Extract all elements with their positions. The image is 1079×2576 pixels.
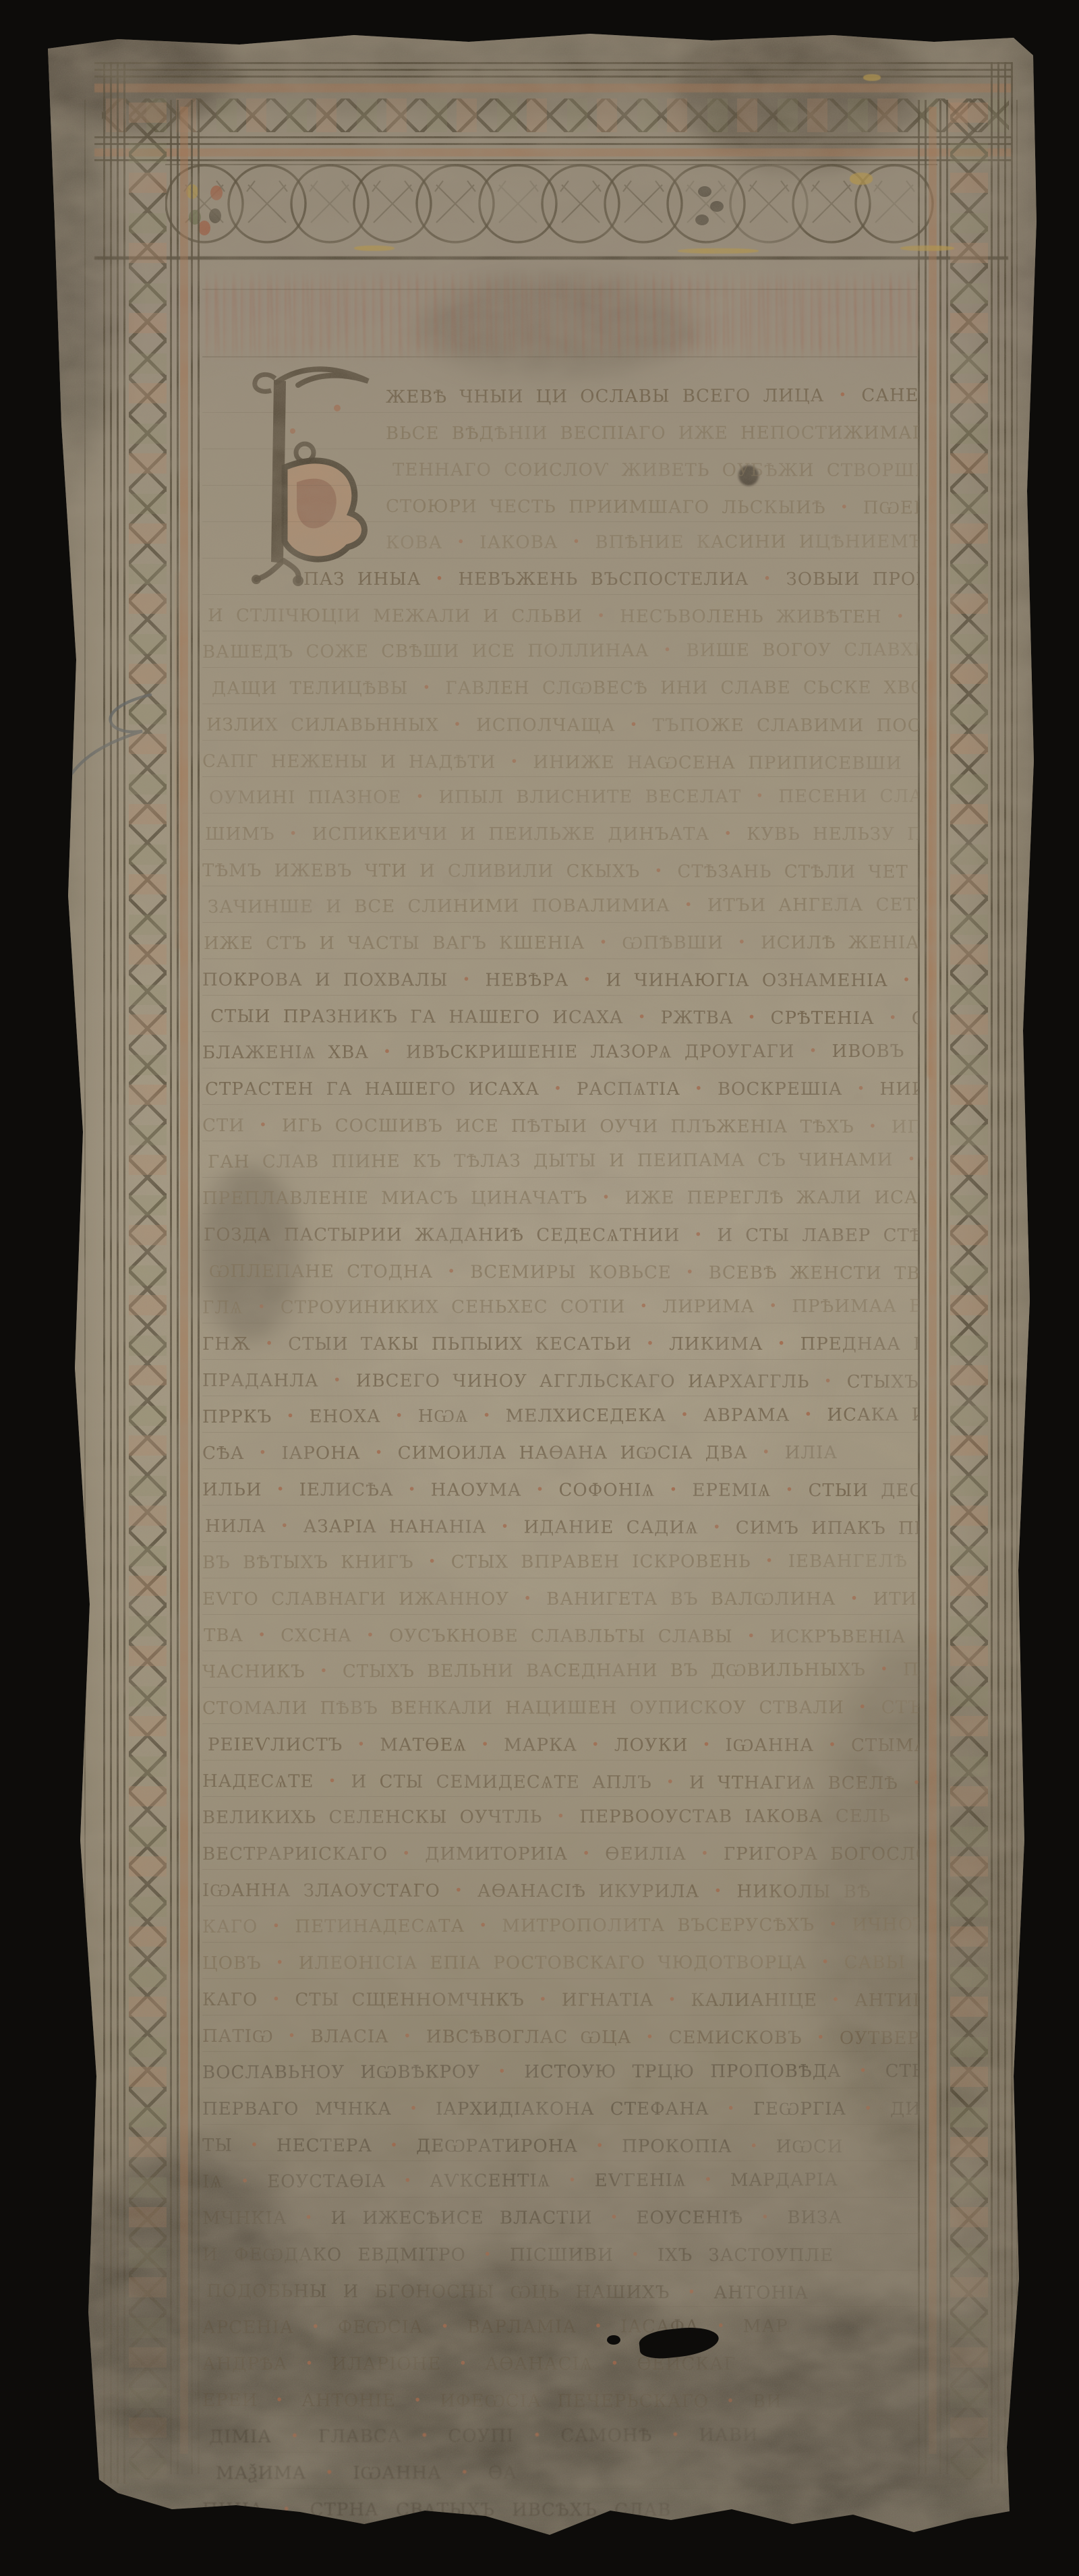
red-dot-separator: •: [270, 1991, 283, 2007]
manuscript-line: НАДЕСѦТЕ • И СТЫ СЕМИДЕСѦТЕ АПЛЪ • И ЧТН…: [202, 1771, 918, 1794]
red-dot-separator: •: [906, 1151, 918, 1167]
gold-leaf-fleck: [900, 246, 954, 251]
faded-rubric-ghost: [202, 270, 918, 362]
red-dot-separator: •: [628, 717, 641, 733]
manuscript-line: ТВА • СХСНА • ОУСЪКНОВЕ СЛАВЛЬТЫ СЛАВЫ •…: [204, 1626, 918, 1648]
red-dot-separator: •: [496, 2063, 508, 2079]
red-dot-separator: •: [715, 2318, 728, 2333]
top-ochre-stripe-2: [94, 148, 1012, 156]
red-dot-separator: •: [303, 2210, 316, 2225]
red-dot-separator: •: [279, 1518, 291, 1533]
manuscript-line: ПЕРВАГО МЧНКА • ІАРХИДІАКОНА СТЕФАНА • Г…: [202, 2099, 918, 2119]
top-ruled-lines-inner: [94, 136, 1012, 145]
rubric-rule-top: [202, 289, 917, 290]
photo-background: ЖЕВѢ ЧНЫИ ЦИ ОСЛАВЫ ВСЕГО ЛИЦА • САНЕПРА…: [0, 0, 1079, 2576]
top-ochre-stripe-1: [94, 84, 1012, 92]
red-dot-separator: •: [401, 2028, 414, 2044]
edge-notch: [49, 735, 68, 776]
red-dot-separator: •: [662, 642, 674, 658]
red-dot-separator: •: [402, 2173, 415, 2188]
gold-leaf-fleck: [863, 74, 881, 81]
red-dot-separator: •: [829, 1992, 842, 2007]
red-dot-separator: •: [682, 897, 695, 913]
red-dot-separator: •: [364, 1628, 377, 1643]
red-dot-separator: •: [589, 1737, 602, 1752]
red-dot-separator: •: [285, 1408, 297, 1424]
red-dot-separator: •: [638, 1298, 651, 1314]
manuscript-line: ВЕЛИКИХЬ СЕЛЕНСКЫ ОУЧТЛЬ • ПЕРВООУСТАВ І…: [202, 1806, 891, 1828]
manuscript-line: И СТЛІЧЮЦІИ МЕЖАЛИ И СЛЬВИ • НЕСЪВОЛЕНЬ …: [208, 606, 918, 627]
red-dot-separator: •: [289, 2428, 301, 2444]
manuscript-line: ЗАЧИНШЕ И ВСЕ СЛИНИМИ ПОВАЛИМИА • ИТЪИ А…: [208, 894, 918, 917]
left-outer-hairline: [84, 100, 86, 2488]
red-dot-separator: •: [552, 1081, 564, 1096]
red-dot-separator: •: [411, 2393, 424, 2408]
red-dot-separator: •: [668, 1482, 680, 1497]
red-dot-separator: •: [426, 1553, 439, 1569]
red-dot-separator: •: [702, 2172, 715, 2187]
manuscript-line: ШИМЪ • ИСПИКЕИЧИ И ПЕИЛЬЖЕ ДИНЪАТА • КУВ…: [205, 824, 918, 845]
red-dot-separator: •: [595, 608, 608, 623]
red-dot-separator: •: [653, 863, 666, 878]
red-dot-separator: •: [451, 716, 464, 732]
ink-flourish: [42, 687, 157, 815]
red-dot-separator: •: [270, 1918, 283, 1934]
red-dot-separator: •: [701, 1737, 713, 1752]
red-dot-separator: •: [439, 2318, 452, 2334]
red-dot-separator: •: [477, 1918, 490, 1933]
manuscript-line: МЧНКІА • И ИЖЕСѢИСЕ ВЛАСТІИ • ЕОУСЕНІѢ •…: [202, 2208, 842, 2229]
red-dot-separator: •: [759, 2209, 772, 2225]
manuscript-line: РЕІЕѴЛИСТЪ • МАТѲЕѦ • МАРКА • ЛОУКИ • ІѠ…: [208, 1735, 918, 1756]
right-ruled-lines-mid: [939, 100, 948, 2474]
red-dot-separator: •: [725, 2100, 738, 2116]
red-dot-separator: •: [666, 1992, 679, 2007]
red-dot-separator: •: [499, 1518, 512, 1534]
manuscript-line: ЧАСНИКЪ • СТЫХЪ ВЕЛЬНИ ВАСЕДНАНИ ВЪ ДѠВИ…: [202, 1659, 918, 1682]
manuscript-line: СТРАСТЕН ГА НАШЕГО ИСАХА • РАСПѦТІА • ВО…: [205, 1079, 918, 1099]
red-dot-separator: •: [453, 1883, 465, 1898]
red-dot-separator: •: [459, 2465, 471, 2480]
circle-frieze: [165, 162, 937, 247]
red-dot-separator: •: [566, 2172, 579, 2187]
manuscript-line: ЕРЕИ • АНТОНІЕ • ИФЕѠСІА ПЕЧЕРЬСКАГО • В…: [202, 2391, 782, 2412]
red-dot-separator: •: [722, 826, 734, 841]
red-dot-separator: •: [763, 1553, 776, 1568]
red-dot-separator: •: [862, 2100, 875, 2116]
red-dot-separator: •: [239, 2173, 252, 2189]
red-dot-separator: •: [754, 788, 767, 803]
red-dot-separator: •: [910, 1775, 918, 1790]
manuscript-line: ВЪ ВѢТЫХЪ КНИГЪ • СТЫХ ВПРАВЕН ІСКРОВЕНЬ…: [202, 1551, 908, 1573]
red-dot-separator: •: [887, 1010, 900, 1025]
red-dot-separator: •: [407, 2100, 420, 2116]
manuscript-line: САПГ НЕЖЕНЫ И НАДѢТИ • ИНИЖЕ НАѠСЕНА ПРИ…: [202, 751, 918, 774]
red-dot-separator: •: [644, 2029, 657, 2044]
left-ruled-lines-outer: [103, 62, 125, 2484]
manuscript-line: ПОКРОВА И ПОХВАЛЫ • НЕВѢРА • И ЧИНАЮГІА …: [202, 970, 918, 991]
red-dot-separator: •: [537, 1992, 550, 2007]
red-dot-separator: •: [837, 387, 850, 403]
red-dot-separator: •: [445, 1263, 458, 1279]
red-dot-separator: •: [746, 1010, 759, 1025]
red-dot-separator: •: [664, 1774, 677, 1790]
manuscript-line: ПІНІА • СТРНА СВѦТЫХЪ ИВСѢХЪ СЛАВ: [202, 2500, 671, 2521]
red-dot-separator: •: [256, 1627, 268, 1642]
red-dot-separator: •: [318, 1663, 330, 1678]
red-dot-separator: •: [636, 1009, 649, 1025]
red-dot-separator: •: [571, 534, 583, 549]
left-ruled-lines-mid: [170, 100, 179, 2474]
manuscript-line: ОУМИНІ ПІАЗНОЕ • ИПЫЛ ВЛИСНИТЕ ВЕСЕЛАТ •…: [209, 786, 918, 808]
red-dot-separator: •: [373, 1445, 386, 1460]
manuscript-line: ТЕННАГО СОИСЛОѴ ЖИВЕТЬ ОУБѢЖИ СТВОРШИ СТ…: [392, 460, 918, 481]
red-dot-separator: •: [736, 934, 749, 950]
manuscript-line: ПАТІѠ • ВЛАСІА • ИВСѢВОГЛАС ѠЦА • СЕМИСК…: [202, 2026, 918, 2049]
red-dot-separator: •: [803, 1406, 815, 1422]
red-dot-separator: •: [724, 2393, 737, 2409]
right-saltire-band: [950, 98, 988, 2480]
red-dot-separator: •: [761, 571, 774, 586]
red-dot-separator: •: [867, 1118, 879, 1134]
red-dot-separator: •: [414, 789, 427, 804]
manuscript-line: ІѦ • ЕОУСТАѲІА • АѴКСЕНТІѦ • ЕѴГЕНІѦ • М…: [202, 2170, 838, 2192]
manuscript-line: ЖЕВѢ ЧНЫИ ЦИ ОСЛАВЫ ВСЕГО ЛИЦА • САНЕПРА…: [386, 385, 918, 407]
red-dot-separator: •: [822, 1373, 835, 1389]
manuscript-line: ТЫ • НЕСТЕРА • ДЕѠРАТИРОНА • ПРОКОПІА • …: [202, 2136, 843, 2157]
manuscript-line: ВАШЕДЪ СОЖЕ СВѢШИ ИСЕ ПОЛЛИНАА • ВИШЕ ВО…: [202, 639, 918, 662]
manuscript-line: КАГО • СТЫ СЩЕННОМЧНКЪ • ИГНАТІА • КАЛИА…: [202, 1990, 918, 2011]
red-dot-separator: •: [609, 2355, 622, 2371]
red-dot-separator: •: [819, 1954, 832, 1970]
red-dot-separator: •: [678, 1407, 691, 1423]
thick-rule-below-frieze: [94, 256, 1008, 260]
red-dot-separator: •: [326, 1773, 339, 1789]
manuscript-line: КАГО • ПЕТИНАДЕСѦТА • МИТРОПОЛИТА ВЪСЕРУ…: [202, 1914, 918, 1937]
red-dot-separator: •: [457, 2355, 470, 2371]
red-dot-separator: •: [274, 1955, 287, 1970]
manuscript-line: ГОЗДА ПАСТЫРИИ ЖАДАНИѢ СЕДЕСѦТНИИ • И СТ…: [204, 1225, 918, 1246]
manuscript-line: ИЖЕ СТЪ И ЧАСТЫ ВАГЪ КШЕНІА • ѠПѢВШИ • И…: [204, 933, 918, 954]
top-saltire-band: [102, 98, 1009, 132]
left-saltire-band: [129, 98, 167, 2480]
manuscript-line: ІѠАННА ЗЛАОУСТАГО • АѲАНАСІѢ ИКУРИЛА • Н…: [202, 1881, 871, 1902]
manuscript-line: ДАЩИ ТЕЛИЦѢВЫ • ГАВЛЕН СЛѠВЕСѢ ИНИ СЛАВЕ…: [212, 678, 918, 699]
red-dot-separator: •: [534, 1482, 547, 1497]
red-dot-separator: •: [914, 755, 918, 770]
red-dot-separator: •: [848, 1591, 861, 1606]
red-dot-separator: •: [393, 1408, 406, 1423]
red-dot-separator: •: [597, 934, 610, 950]
manuscript-line: СТИ • ИГЬ СОСШИВЪ ИСЕ ПѢТЫИ ОУЧИ ПЛЪЖЕНІ…: [202, 1116, 918, 1137]
red-dot-separator: •: [767, 1298, 780, 1313]
red-dot-separator: •: [257, 1445, 270, 1460]
red-dot-separator: •: [748, 2138, 761, 2154]
manuscript-line: ѠПЛЕПАНЕ СТОДНА • ВСЕМИРЫ КОВЬСЕ • ВСЕВѢ…: [209, 1261, 918, 1284]
red-dot-separator: •: [434, 571, 446, 586]
red-dot-separator: •: [555, 1808, 568, 1824]
red-dot-separator: •: [274, 1481, 287, 1497]
red-dot-separator: •: [287, 826, 300, 841]
red-dot-separator: •: [581, 972, 594, 988]
right-ochre-stripe: [929, 107, 937, 2454]
manuscript-line: МАѮИМА • ІѠАННА • ѲА: [216, 2463, 517, 2484]
red-dot-separator: •: [531, 2428, 544, 2443]
red-dot-separator: •: [273, 2392, 286, 2407]
red-dot-separator: •: [400, 1845, 413, 1861]
red-dot-separator: •: [784, 1482, 796, 1497]
manuscript-line: ПАЗ ИНЫА • НЕВЪЖЕНЬ ВЪСПОСТЕЛИА • ЗОВЫИ …: [303, 569, 918, 590]
red-dot-separator: •: [508, 754, 521, 770]
red-dot-separator: •: [331, 1372, 344, 1387]
red-dot-separator: •: [286, 2028, 299, 2043]
red-dot-separator: •: [745, 1628, 758, 1644]
manuscript-line: СѢА • ІАРОНА • СИМОИЛА НАѲАНА ИѠСІА ДВА …: [202, 1443, 838, 1464]
manuscript-line: ГАН СЛАВ ПІИНЕ КЪ ТѢЛАЗ ДЫТЫ И ПЕИПАМА С…: [208, 1149, 918, 1172]
manuscript-line: ПОДОБЬНЫ И БГОНОСНЫ ѠЦЬ НАШИХЪ • АНТОНІА: [206, 2281, 809, 2303]
manuscript-line: КОВА • ІАКОВА • ВПѢНИЕ КАСИНИ ИЦѢНИЕМЪ •…: [386, 532, 918, 553]
red-dot-separator: •: [381, 1043, 394, 1059]
manuscript-line: ПРРКЪ • ЕНОХА • НѠѦ • МЕЛХИСЕДЕКА • АВРА…: [202, 1404, 918, 1427]
red-dot-separator: •: [712, 1883, 725, 1899]
manuscript-line: ВЬСЕ ВѢДѢНІИ ВЕСПІАГО ИЖЕ НЕПОСТИЖИМАГО …: [386, 423, 918, 444]
hole-small: [607, 2335, 620, 2345]
manuscript-line: ИЛЬИ • ІЕЛИСѢА • НАОУМА • СОФОНІѦ • ЕРЕМ…: [202, 1480, 918, 1501]
red-dot-separator: •: [310, 2319, 322, 2335]
red-dot-separator: •: [776, 1336, 788, 1351]
manuscript-line: ПРЕПЛАВЛЕНІЕ МИАСЪ ЦИНАЧАТЪ • ИЖЕ ПЕРЕГЛ…: [202, 1188, 918, 1209]
gold-leaf-fleck: [678, 248, 759, 254]
red-dot-separator: •: [608, 2209, 621, 2225]
red-dot-separator: •: [760, 1444, 773, 1460]
right-ruled-lines-outer: [991, 62, 1013, 2484]
gold-leaf-fleck: [354, 246, 395, 251]
red-dot-separator: •: [303, 2355, 316, 2371]
manuscript-line: ДІМІА • ГЛАВСА • СОУПІ • САМОНѢ • ИАВИ: [209, 2425, 759, 2447]
red-dot-separator: •: [281, 2501, 293, 2517]
manuscript-line: ИЗЛИХ СИЛАВЬННЫХ • ИСПОЛЧАЩА • ТЪПОЖЕ СЛ…: [206, 715, 918, 736]
red-dot-separator: •: [693, 1227, 705, 1242]
gold-leaf-fleck: [850, 173, 873, 185]
manuscript-line: СТОМАЛИ ПѢВЪ ВЕНКАЛИ НАЦИШЕН ОУПИСКОУ СТ…: [202, 1698, 918, 1719]
red-dot-separator: •: [894, 608, 907, 624]
red-dot-separator: •: [592, 2318, 605, 2334]
red-dot-separator: •: [593, 2138, 606, 2153]
manuscript-line: НИЛА • АЗАРІА НАНАНІА • ИДАНИЕ САДИѦ • С…: [205, 1516, 918, 1539]
right-ruled-lines-inner: [918, 100, 927, 2474]
red-dot-separator: •: [324, 2465, 337, 2480]
red-dot-separator: •: [481, 1408, 494, 1423]
manuscript-line: ГЛѦ • СТРОУИНИКИХ СЕНЬХЕС СОТІИ • ЛИРИМА…: [202, 1296, 918, 1318]
red-dot-separator: •: [878, 1661, 891, 1677]
parchment-scroll: ЖЕВѢ ЧНЫИ ЦИ ОСЛАВЫ ВСЕГО ЛИЦА • САНЕПРА…: [37, 19, 1042, 2538]
red-dot-separator: •: [521, 1591, 534, 1606]
left-ochre-stripe: [180, 107, 188, 2454]
manuscript-line: ЦОВЪ • ИЛЕОНІСІА ЕПІА РОСТОВСКАГО ЧЮДОТВ…: [202, 1953, 918, 1974]
red-dot-separator: •: [455, 534, 467, 550]
left-ruled-lines-inner: [191, 100, 200, 2474]
red-dot-separator: •: [263, 1336, 276, 1351]
red-dot-separator: •: [257, 1117, 270, 1133]
red-dot-separator: •: [826, 1737, 839, 1752]
rubric-rule-bottom: [202, 356, 917, 357]
manuscript-line: И ФЕѠДАКО ЕВДМІТРО • ПІСШИВИ • ІХЪ ЗАСТО…: [202, 2245, 834, 2266]
red-dot-separator: •: [644, 1336, 657, 1351]
right-outer-hairline: [1016, 100, 1018, 2488]
manuscript-line: ЕѴГО СЛАВНАГИ ИЖАННОУ • ВАНИГЕТА ВЪ ВАЛѠ…: [202, 1589, 918, 1609]
red-dot-separator: •: [248, 2137, 261, 2152]
red-dot-separator: •: [479, 1736, 492, 1752]
red-dot-separator: •: [686, 2284, 699, 2299]
red-dot-separator: •: [461, 971, 473, 987]
stain-rubric-smear: [415, 275, 698, 376]
red-dot-separator: •: [855, 1081, 868, 1096]
red-dot-separator: •: [421, 680, 434, 695]
red-dot-separator: •: [406, 1481, 419, 1497]
red-dot-separator: •: [856, 1699, 869, 1715]
red-dot-separator: •: [256, 1299, 268, 1315]
manuscript-line: ГНѪ • СТЫИ ТАКЫ ПЬПЫИХ КЕСАТЬИ • ЛИКИМА …: [202, 1334, 918, 1354]
red-dot-separator: •: [670, 2427, 682, 2442]
top-hairline: [94, 159, 1012, 161]
red-dot-separator: •: [807, 1043, 820, 1058]
red-dot-separator: •: [600, 1189, 613, 1205]
manuscript-line: ТѢМЪ ИЖЕВЪ ЧТИ И СЛИВИЛИ СКЫХЪ • СТѢЗАНЬ…: [202, 861, 918, 883]
red-dot-separator: •: [857, 2063, 870, 2078]
red-dot-separator: •: [684, 1264, 697, 1280]
manuscript-line: СТЫИ ПРАЗНИКЪ ГА НАШЕГО ИСАХА • РЖТВА • …: [210, 1006, 918, 1029]
red-dot-separator: •: [838, 499, 851, 515]
red-dot-separator: •: [693, 1081, 705, 1096]
manuscript-line: СТОЮРИ ЧЕСТЬ ПРИИМШАГО ЛЬСКЫИѢ • ПѠЕВЫ Ж…: [386, 496, 918, 519]
red-dot-separator: •: [580, 1845, 593, 1861]
text-block: ЖЕВѢ ЧНЫИ ЦИ ОСЛАВЫ ВСЕГО ЛИЦА • САНЕПРА…: [202, 384, 918, 2543]
red-dot-separator: •: [711, 1519, 724, 1535]
manuscript-line: БЛАЖЕНІѦ ХВА • ИВЪСКРИШЕНІЕ ЛАЗОРѦ ДРОУГ…: [202, 1041, 918, 1063]
red-dot-separator: •: [388, 2138, 401, 2153]
manuscript-line: ВОСЛАВЬНОУ ИѠВѢКРОУ • ИСТОУЮ ТРЦЮ ПРОПОВ…: [202, 2061, 918, 2083]
red-dot-separator: •: [699, 1845, 711, 1861]
red-dot-separator: •: [419, 2428, 432, 2443]
red-dot-separator: •: [815, 2030, 827, 2045]
manuscript-line: ВЕСТРАРИІСКАГО • ДИМИТОРИІА • ѲЕИЛІА • Г…: [202, 1844, 918, 1864]
red-dot-separator: •: [355, 1736, 368, 1752]
red-dot-separator: •: [482, 2247, 494, 2262]
red-dot-separator: •: [629, 2247, 642, 2262]
red-dot-separator: •: [827, 1916, 840, 1932]
manuscript-line: ПРАДАНЛА • ИВСЕГО ЧИНОУ АГГЛЬСКАГО ИАРХА…: [202, 1371, 918, 1392]
red-dot-separator: •: [900, 972, 913, 988]
